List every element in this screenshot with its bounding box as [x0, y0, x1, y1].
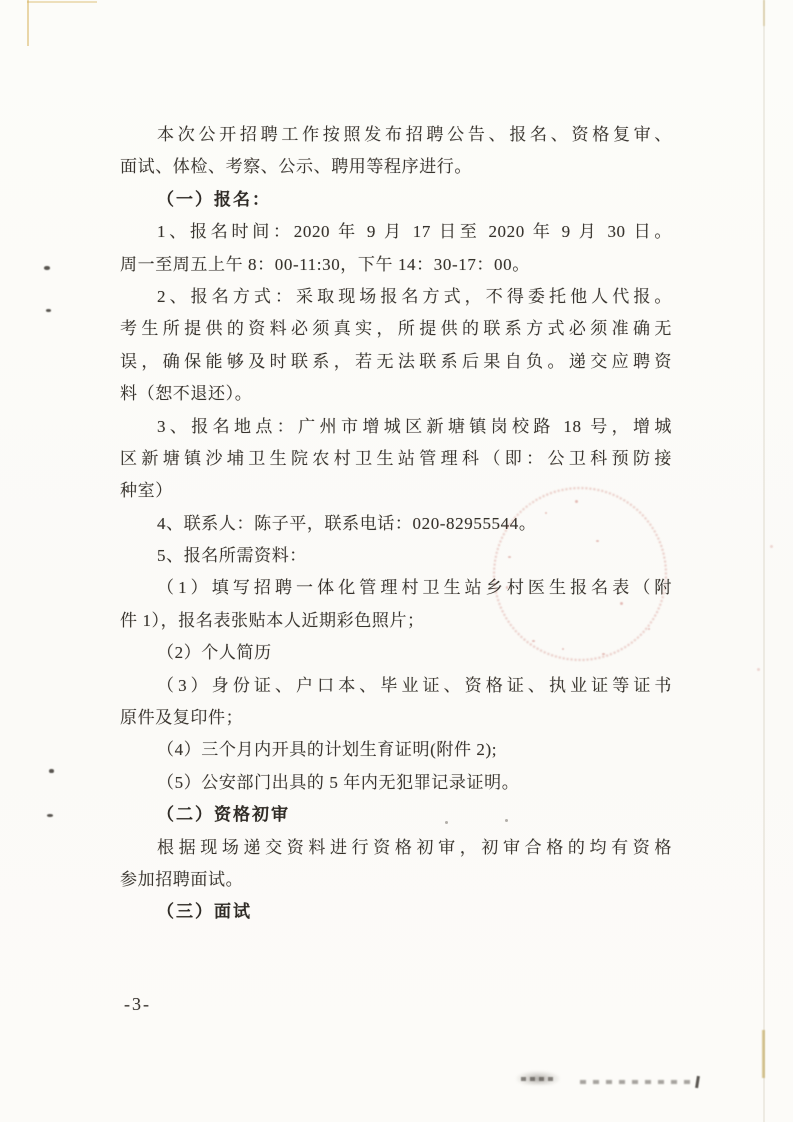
scan-edge-line — [763, 0, 765, 1122]
text-line: （3）身份证、户口本、毕业证、资格证、执业证等证书 — [157, 670, 672, 702]
scan-corner-line-horizontal — [27, 1, 97, 3]
stamp-speckle — [508, 556, 511, 558]
text-line: 根据现场递交资料进行资格初审，初审合格的均有资格 — [157, 832, 672, 864]
section-heading: （三）面试 — [157, 896, 672, 928]
stamp-speckle — [575, 500, 578, 503]
scanned-document-page: 本次公开招聘工作按照发布招聘公告、报名、资格复审、 面试、体检、考察、公示、聘用… — [0, 0, 793, 1122]
stamp-speckle — [770, 545, 773, 548]
text-line: 料（恕不退还）。 — [120, 378, 672, 410]
text-line: 考生所提供的资料必须真实，所提供的联系方式必须准确无 — [120, 313, 672, 345]
section-heading: （二）资格初审 — [157, 799, 672, 831]
stamp-speckle — [602, 653, 605, 655]
stamp-speckle — [545, 512, 547, 514]
stamp-speckle — [620, 602, 623, 605]
text-line: 本次公开招聘工作按照发布招聘公告、报名、资格复审、 — [157, 119, 672, 151]
scan-smudge-marks — [521, 1077, 555, 1081]
stamp-speckle — [532, 640, 535, 642]
text-line: （4）三个月内开具的计划生育证明(附件 2); — [157, 734, 672, 766]
scan-edge-gold-strip — [762, 1030, 765, 1078]
stamp-speckle — [648, 628, 650, 630]
scan-corner-line-vertical — [27, 0, 29, 46]
noise-dot — [505, 819, 508, 822]
text-line: 1、报名时间：2020 年 9 月 17 日至 2020 年 9 月 30 日。 — [157, 216, 672, 248]
ink-speck — [46, 309, 51, 312]
ink-speck — [49, 769, 54, 773]
ink-speck — [47, 814, 53, 817]
section-heading: （一）报名： — [157, 184, 672, 216]
text-line: 面试、体检、考察、公示、聘用等程序进行。 — [120, 151, 672, 183]
text-line: 周一至周五上午 8：00-11:30，下午 14：30-17：00。 — [120, 249, 672, 281]
text-line: （5）公安部门出具的 5 年内无犯罪记录证明。 — [157, 767, 672, 799]
stamp-speckle — [757, 668, 760, 671]
ink-speck — [44, 266, 50, 270]
text-line: 3、报名地点：广州市增城区新塘镇岗校路 18 号，增城 — [157, 411, 672, 443]
text-line: 区新塘镇沙埔卫生院农村卫生站管理科（即：公卫科预防接 — [120, 443, 672, 475]
scan-smudge-tick — [695, 1076, 700, 1088]
stamp-speckle — [562, 648, 564, 650]
text-line: 2、报名方式：采取现场报名方式，不得委托他人代报。 — [157, 281, 672, 313]
text-line: 参加招聘面试。 — [120, 864, 672, 896]
stamp-speckle — [506, 586, 508, 589]
stamp-speckle — [596, 540, 599, 542]
scan-smudge-dashes — [580, 1080, 692, 1084]
text-line: 原件及复印件； — [120, 702, 672, 734]
scan-edge-gold-top — [763, 0, 765, 26]
text-line: 误，确保能够及时联系，若无法联系后果自负。递交应聘资 — [120, 346, 672, 378]
noise-dot — [445, 821, 448, 824]
page-number: -3- — [124, 994, 151, 1014]
